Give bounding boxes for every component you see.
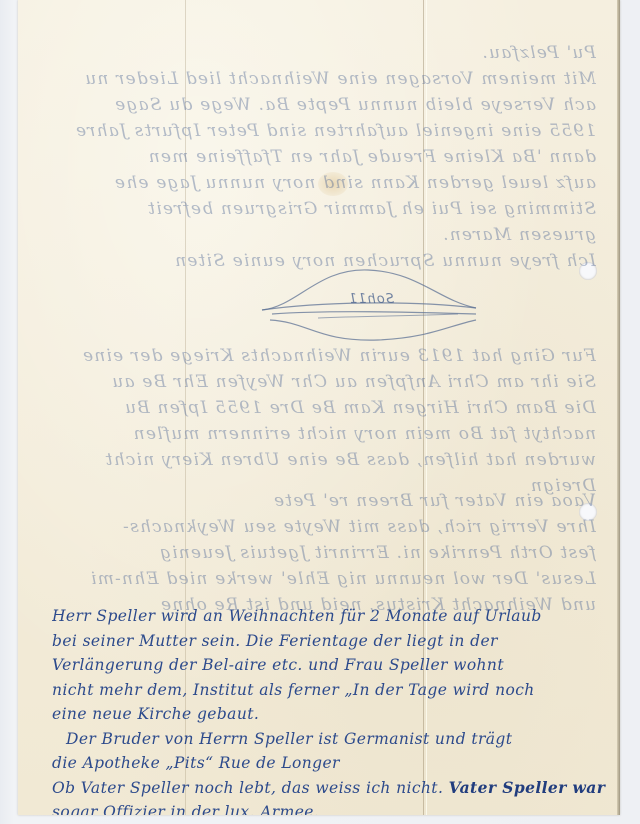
bleed-through-line: Die Bam Chri Hirgen Kam Be Dre 1955 Ipfe…: [56, 395, 596, 421]
bleed-through-middle-block: Fur Ging hat 1913 eurin Weihnachts Krieg…: [56, 343, 596, 499]
emphasized-ink-fragment: Vater Speller war: [449, 778, 606, 797]
bleed-through-line: ach Verseye bleib nunnu Pepte Ba. Wege d…: [56, 92, 596, 118]
bleed-through-line: Sie ihr am Chri Anfpfen au Chr Weyfen Eh…: [56, 369, 596, 395]
note-line: bei seiner Mutter sein. Die Ferientage d…: [52, 629, 612, 654]
bleed-through-line: Lesus' Der wol neunnu nig Ehle' werke ni…: [56, 566, 596, 592]
bleed-through-lower-block: Vaoa ein Vater fur Breen re' PeteIhre Ve…: [56, 488, 596, 618]
letter-page: Pu' Pelzfau.Mit meinem Vorsagen eine Wei…: [18, 0, 620, 815]
note-line: eine neue Kirche gebaut.: [52, 702, 612, 727]
bleed-through-line: nachtyt fat Bo mein nory nicht erinnern …: [56, 421, 596, 447]
note-line: Verlängerung der Bel-aire etc. und Frau …: [52, 653, 612, 678]
bleed-through-line: fest Orth Penrike ni. Errinrit Jgetuis J…: [56, 540, 596, 566]
bleed-through-line: dann 'Ba Kleine Freude Jahr en Tfaffeine…: [56, 144, 596, 170]
note-line: Herr Speller wird an Weihnachten für 2 M…: [52, 604, 612, 629]
note-line: Ob Vater Speller noch lebt, das weiss ic…: [52, 776, 612, 801]
note-line: sogar Offizier in der lux. Armee.: [52, 800, 612, 815]
bleed-through-line: Fur Ging hat 1913 eurin Weihnachts Krieg…: [56, 343, 596, 369]
bleed-through-top-block: Pu' Pelzfau.Mit meinem Vorsagen eine Wei…: [56, 40, 596, 274]
handwritten-note: Herr Speller wird an Weihnachten für 2 M…: [52, 604, 612, 815]
bleed-through-line: aufz leuel gerden Kann sind nory nunnu J…: [56, 170, 596, 196]
bleed-through-line: 1955 eine ingeniel aufahrten sind Peter …: [56, 118, 596, 144]
bleed-through-line: wurden hat hilfen, dass Be eine Ubren Ki…: [56, 447, 596, 473]
note-line: Der Bruder von Herrn Speller ist Germani…: [52, 727, 612, 752]
paper-edge: [617, 0, 620, 815]
bleed-through-line: Ihre Verrig rich, dass mit Weyte seu Wey…: [56, 514, 596, 540]
bleed-through-line: Vaoa ein Vater fur Breen re' Pete: [56, 488, 596, 514]
bleed-through-line: gruesen Maren.: [56, 222, 596, 248]
bleed-through-line: Mit meinem Vorsagen eine Weihnacht lied …: [56, 66, 596, 92]
bleed-through-line: Stimming sei Pui eh Jammir Grisgruen bef…: [56, 196, 596, 222]
bleed-through-line: Pu' Pelzfau.: [56, 40, 596, 66]
sketch-number: Soh11: [348, 292, 394, 307]
note-line: nicht mehr dem, Institut als ferner „In …: [52, 678, 612, 703]
note-line: die Apotheke „Pits“ Rue de Longer: [52, 751, 612, 776]
